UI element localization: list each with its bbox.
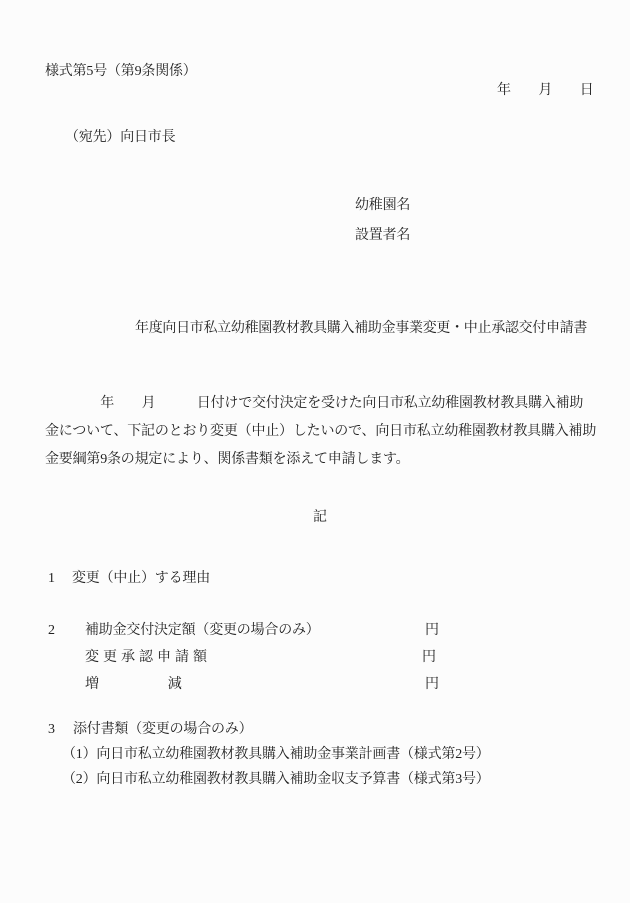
item3-label: 添付書類（変更の場合のみ） <box>73 721 252 738</box>
date-line: 年 月 日 <box>497 82 594 99</box>
kindergarten-name-label: 幼稚園名 <box>355 197 410 214</box>
item1-label: 変更（中止）する理由 <box>72 570 210 587</box>
item3-number: 3 <box>48 721 55 738</box>
item3-attachment-1: （1）向日市私立幼稚園教材教具購入補助金事業計画書（様式第2号） <box>62 746 490 763</box>
item2-number: 2 <box>48 622 55 639</box>
body-line-1: 年 月 日付けで交付決定を受けた向日市私立幼稚園教材教具購入補助 <box>45 395 583 412</box>
item1-number: 1 <box>48 570 55 587</box>
body-line-3: 金要綱第9条の規定により、関係書類を添えて申請します。 <box>45 451 409 468</box>
document-title: 年度向日市私立幼稚園教材教具購入補助金事業変更・中止承認交付申請書 <box>135 320 587 337</box>
item3-attachment-2: （2）向日市私立幼稚園教材教具購入補助金収支予算書（様式第3号） <box>62 771 490 788</box>
document-page: 様式第5号（第9条関係） 年 月 日 （宛先）向日市長 幼稚園名 設置者名 年度… <box>0 0 630 903</box>
item2-row-decided-amount-label: 補助金交付決定額（変更の場合のみ） <box>85 622 320 639</box>
item2-row-decided-amount-unit: 円 <box>425 622 439 639</box>
item2-row-increase-decrease-label: 増 減 <box>85 676 182 693</box>
item2-row-increase-decrease-unit: 円 <box>425 676 439 693</box>
ki-marker: 記 <box>313 509 327 526</box>
body-line-2: 金について、下記のとおり変更（中止）したいので、向日市私立幼稚園教材教具購入補助 <box>45 423 596 440</box>
item2-row-requested-amount-label: 変更承認申請額 <box>85 649 211 666</box>
item2-row-requested-amount-unit: 円 <box>422 649 436 666</box>
founder-name-label: 設置者名 <box>355 227 410 244</box>
form-number: 様式第5号（第9条関係） <box>45 63 197 80</box>
addressee: （宛先）向日市長 <box>65 129 175 146</box>
